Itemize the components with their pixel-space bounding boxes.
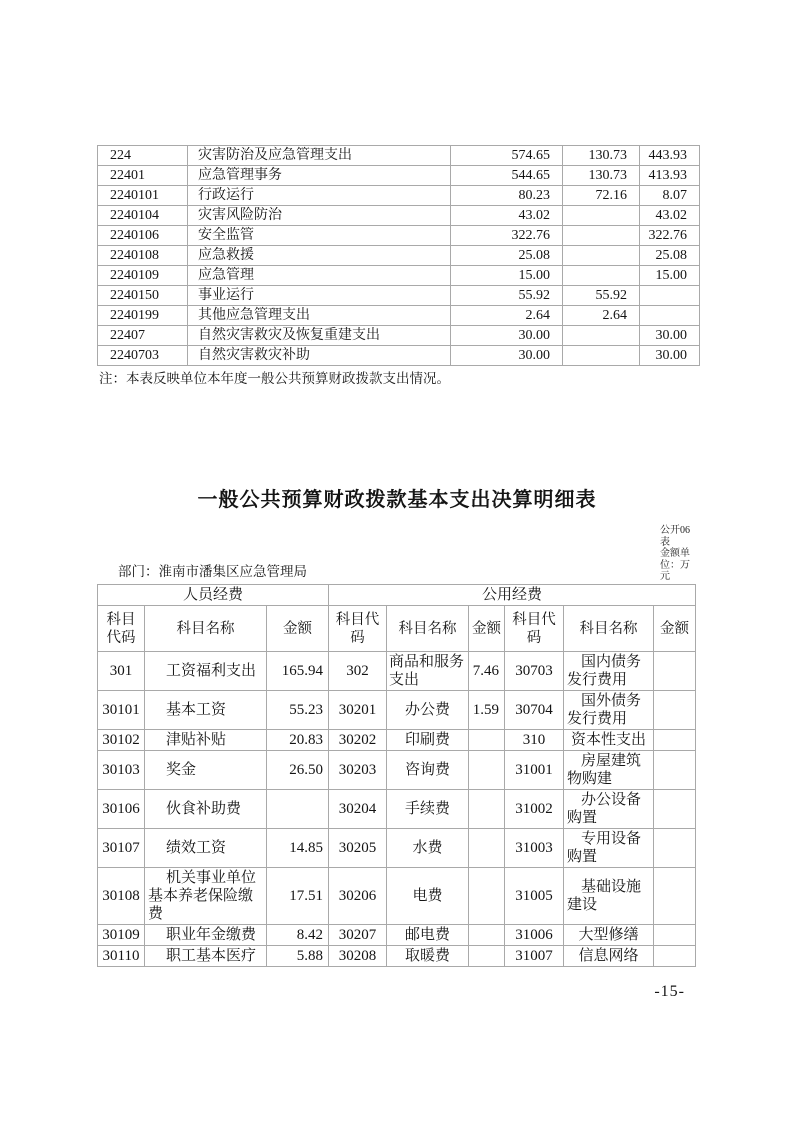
document-page: 224灾害防治及应急管理支出574.65130.73443.9322401应急管…: [0, 0, 793, 1122]
code-cell: 31006: [505, 925, 564, 946]
amount-cell: 322.76: [451, 226, 563, 246]
amount-cell: [469, 730, 505, 751]
group-header-personnel: 人员经费: [98, 585, 329, 606]
code-cell: 2240150: [98, 286, 188, 306]
amount-cell: [563, 206, 640, 226]
amount-cell: 7.46: [469, 652, 505, 691]
name-cell: 自然灾害救灾及恢复重建支出: [188, 326, 451, 346]
code-cell: 30107: [98, 829, 145, 868]
table-row: 301工资福利支出165.94302商品和服务支出7.4630703国内债务发行…: [98, 652, 696, 691]
code-cell: 30103: [98, 751, 145, 790]
code-cell: 30201: [329, 691, 387, 730]
name-cell: 国内债务发行费用: [564, 652, 654, 691]
page-number: -15-: [97, 983, 697, 1001]
amount-cell: 130.73: [563, 166, 640, 186]
amount-cell: 25.08: [451, 246, 563, 266]
amount-cell: [640, 286, 700, 306]
amount-cell: 130.73: [563, 146, 640, 166]
name-cell: 伙食补助费: [145, 790, 267, 829]
name-cell: 水费: [387, 829, 469, 868]
code-cell: 2240106: [98, 226, 188, 246]
code-cell: 31003: [505, 829, 564, 868]
table-row: 2240199其他应急管理支出2.642.64: [98, 306, 700, 326]
amount-cell: [654, 790, 696, 829]
amount-cell: 55.92: [451, 286, 563, 306]
name-cell: 办公设备购置: [564, 790, 654, 829]
basic-expenditure-detail-table: 人员经费 公用经费 科目代码 科目名称 金额 科目代码 科目名称 金额 科目代码…: [97, 584, 696, 967]
name-cell: 印刷费: [387, 730, 469, 751]
table-meta-block: 公开06表 金额单位：万元: [660, 525, 696, 583]
name-cell: 机关事业单位基本养老保险缴费: [145, 868, 267, 925]
amount-cell: 30.00: [640, 326, 700, 346]
name-cell: 行政运行: [188, 186, 451, 206]
code-cell: 31007: [505, 946, 564, 967]
name-cell: 灾害防治及应急管理支出: [188, 146, 451, 166]
name-cell: 津贴补贴: [145, 730, 267, 751]
column-header-code: 科目代码: [98, 606, 145, 652]
amount-cell: 8.07: [640, 186, 700, 206]
amount-cell: [654, 946, 696, 967]
amount-cell: [469, 925, 505, 946]
code-cell: 30206: [329, 868, 387, 925]
name-cell: 大型修缮: [564, 925, 654, 946]
amount-cell: 5.88: [267, 946, 329, 967]
detail-table-title: 一般公共预算财政拨款基本支出决算明细表: [97, 487, 697, 513]
code-cell: 31002: [505, 790, 564, 829]
name-cell: 咨询费: [387, 751, 469, 790]
amount-cell: [640, 306, 700, 326]
amount-cell: 20.83: [267, 730, 329, 751]
amount-cell: [469, 790, 505, 829]
name-cell: 基础设施建设: [564, 868, 654, 925]
code-cell: 30202: [329, 730, 387, 751]
code-cell: 30102: [98, 730, 145, 751]
table-row: 2240150事业运行55.9255.92: [98, 286, 700, 306]
table-code-label: 公开06表: [660, 525, 696, 548]
table-row: 224灾害防治及应急管理支出574.65130.73443.93: [98, 146, 700, 166]
column-header-amount: 金额: [267, 606, 329, 652]
code-cell: 2240104: [98, 206, 188, 226]
name-cell: 基本工资: [145, 691, 267, 730]
code-cell: 31005: [505, 868, 564, 925]
amount-cell: [654, 730, 696, 751]
code-cell: 310: [505, 730, 564, 751]
department-line: 部门：淮南市潘集区应急管理局: [118, 560, 307, 580]
amount-cell: 30.00: [640, 346, 700, 366]
code-cell: 30703: [505, 652, 564, 691]
code-cell: 22407: [98, 326, 188, 346]
amount-cell: 26.50: [267, 751, 329, 790]
code-cell: 30204: [329, 790, 387, 829]
table-row: 2240104灾害风险防治43.0243.02: [98, 206, 700, 226]
amount-cell: 322.76: [640, 226, 700, 246]
code-cell: 30108: [98, 868, 145, 925]
amount-cell: 15.00: [640, 266, 700, 286]
name-cell: 信息网络: [564, 946, 654, 967]
amount-cell: [563, 266, 640, 286]
code-cell: 2240109: [98, 266, 188, 286]
amount-cell: [469, 751, 505, 790]
code-cell: 30208: [329, 946, 387, 967]
amount-cell: 43.02: [640, 206, 700, 226]
amount-cell: [654, 652, 696, 691]
amount-cell: 72.16: [563, 186, 640, 206]
name-cell: 职工基本医疗: [145, 946, 267, 967]
name-cell: 应急管理事务: [188, 166, 451, 186]
group-header-row: 人员经费 公用经费: [98, 585, 696, 606]
name-cell: 资本性支出: [564, 730, 654, 751]
code-cell: 30109: [98, 925, 145, 946]
amount-cell: [563, 246, 640, 266]
table-row: 30108机关事业单位基本养老保险缴费17.5130206电费31005基础设施…: [98, 868, 696, 925]
code-cell: 2240703: [98, 346, 188, 366]
table-note: 注：本表反映单位本年度一般公共预算财政拨款支出情况。: [99, 371, 697, 387]
amount-cell: [654, 925, 696, 946]
amount-cell: 8.42: [267, 925, 329, 946]
amount-cell: 17.51: [267, 868, 329, 925]
amount-cell: 2.64: [451, 306, 563, 326]
amount-cell: [563, 346, 640, 366]
name-cell: 安全监管: [188, 226, 451, 246]
table-row: 30106伙食补助费30204手续费31002办公设备购置: [98, 790, 696, 829]
name-cell: 其他应急管理支出: [188, 306, 451, 326]
table-row: 2240703自然灾害救灾补助30.0030.00: [98, 346, 700, 366]
column-header-name: 科目名称: [564, 606, 654, 652]
name-cell: 国外债务发行费用: [564, 691, 654, 730]
amount-cell: 574.65: [451, 146, 563, 166]
column-header-code: 科目代码: [329, 606, 387, 652]
name-cell: 专用设备购置: [564, 829, 654, 868]
table-row: 2240101行政运行80.2372.168.07: [98, 186, 700, 206]
code-cell: 2240199: [98, 306, 188, 326]
table-row: 30101基本工资55.2330201办公费1.5930704国外债务发行费用: [98, 691, 696, 730]
amount-cell: [469, 868, 505, 925]
name-cell: 商品和服务支出: [387, 652, 469, 691]
code-cell: 302: [329, 652, 387, 691]
department-name: 淮南市潘集区应急管理局: [159, 564, 308, 579]
amount-cell: 43.02: [451, 206, 563, 226]
code-cell: 30205: [329, 829, 387, 868]
amount-cell: 413.93: [640, 166, 700, 186]
amount-cell: 30.00: [451, 326, 563, 346]
table-row: 30110职工基本医疗5.8830208取暖费31007信息网络: [98, 946, 696, 967]
amount-cell: 14.85: [267, 829, 329, 868]
unit-label: 金额单位：万元: [660, 548, 696, 583]
name-cell: 奖金: [145, 751, 267, 790]
amount-cell: 30.00: [451, 346, 563, 366]
amount-cell: [654, 691, 696, 730]
code-cell: 30101: [98, 691, 145, 730]
code-cell: 30106: [98, 790, 145, 829]
table-row: 30103奖金26.5030203咨询费31001房屋建筑物购建: [98, 751, 696, 790]
amount-cell: 1.59: [469, 691, 505, 730]
funding-expenditure-table: 224灾害防治及应急管理支出574.65130.73443.9322401应急管…: [97, 145, 700, 366]
code-cell: 30110: [98, 946, 145, 967]
amount-cell: 80.23: [451, 186, 563, 206]
column-header-name: 科目名称: [387, 606, 469, 652]
table-row: 30102津贴补贴20.8330202印刷费310资本性支出: [98, 730, 696, 751]
table-row: 22407自然灾害救灾及恢复重建支出30.0030.00: [98, 326, 700, 346]
amount-cell: 55.23: [267, 691, 329, 730]
amount-cell: 443.93: [640, 146, 700, 166]
code-cell: 30704: [505, 691, 564, 730]
table-row: 30109职业年金缴费8.4230207邮电费31006大型修缮: [98, 925, 696, 946]
amount-cell: 165.94: [267, 652, 329, 691]
amount-cell: [563, 326, 640, 346]
amount-cell: [654, 751, 696, 790]
name-cell: 事业运行: [188, 286, 451, 306]
name-cell: 应急管理: [188, 266, 451, 286]
name-cell: 手续费: [387, 790, 469, 829]
column-header-name: 科目名称: [145, 606, 267, 652]
name-cell: 房屋建筑物购建: [564, 751, 654, 790]
table-row: 22401应急管理事务544.65130.73413.93: [98, 166, 700, 186]
amount-cell: 2.64: [563, 306, 640, 326]
amount-cell: [469, 829, 505, 868]
name-cell: 职业年金缴费: [145, 925, 267, 946]
amount-cell: [469, 946, 505, 967]
amount-cell: [654, 829, 696, 868]
table-row: 2240106安全监管322.76322.76: [98, 226, 700, 246]
name-cell: 办公费: [387, 691, 469, 730]
amount-cell: [654, 868, 696, 925]
amount-cell: [563, 226, 640, 246]
code-cell: 31001: [505, 751, 564, 790]
amount-cell: 25.08: [640, 246, 700, 266]
name-cell: 取暖费: [387, 946, 469, 967]
name-cell: 应急救援: [188, 246, 451, 266]
name-cell: 工资福利支出: [145, 652, 267, 691]
table-row: 2240109应急管理15.0015.00: [98, 266, 700, 286]
name-cell: 邮电费: [387, 925, 469, 946]
code-cell: 224: [98, 146, 188, 166]
name-cell: 灾害风险防治: [188, 206, 451, 226]
amount-cell: 55.92: [563, 286, 640, 306]
name-cell: 自然灾害救灾补助: [188, 346, 451, 366]
code-cell: 2240108: [98, 246, 188, 266]
column-header-code: 科目代码: [505, 606, 564, 652]
code-cell: 2240101: [98, 186, 188, 206]
table-row: 2240108应急救援25.0825.08: [98, 246, 700, 266]
table-row: 30107绩效工资14.8530205水费31003专用设备购置: [98, 829, 696, 868]
column-header-amount: 金额: [654, 606, 696, 652]
amount-cell: 15.00: [451, 266, 563, 286]
amount-cell: [267, 790, 329, 829]
department-label: 部门：: [118, 564, 159, 579]
code-cell: 30203: [329, 751, 387, 790]
name-cell: 绩效工资: [145, 829, 267, 868]
code-cell: 301: [98, 652, 145, 691]
amount-cell: 544.65: [451, 166, 563, 186]
table-info-row: 部门：淮南市潘集区应急管理局 公开06表 金额单位：万元: [97, 513, 697, 584]
column-header-row: 科目代码 科目名称 金额 科目代码 科目名称 金额 科目代码 科目名称 金额: [98, 606, 696, 652]
column-header-amount: 金额: [469, 606, 505, 652]
group-header-public: 公用经费: [329, 585, 696, 606]
name-cell: 电费: [387, 868, 469, 925]
code-cell: 30207: [329, 925, 387, 946]
code-cell: 22401: [98, 166, 188, 186]
